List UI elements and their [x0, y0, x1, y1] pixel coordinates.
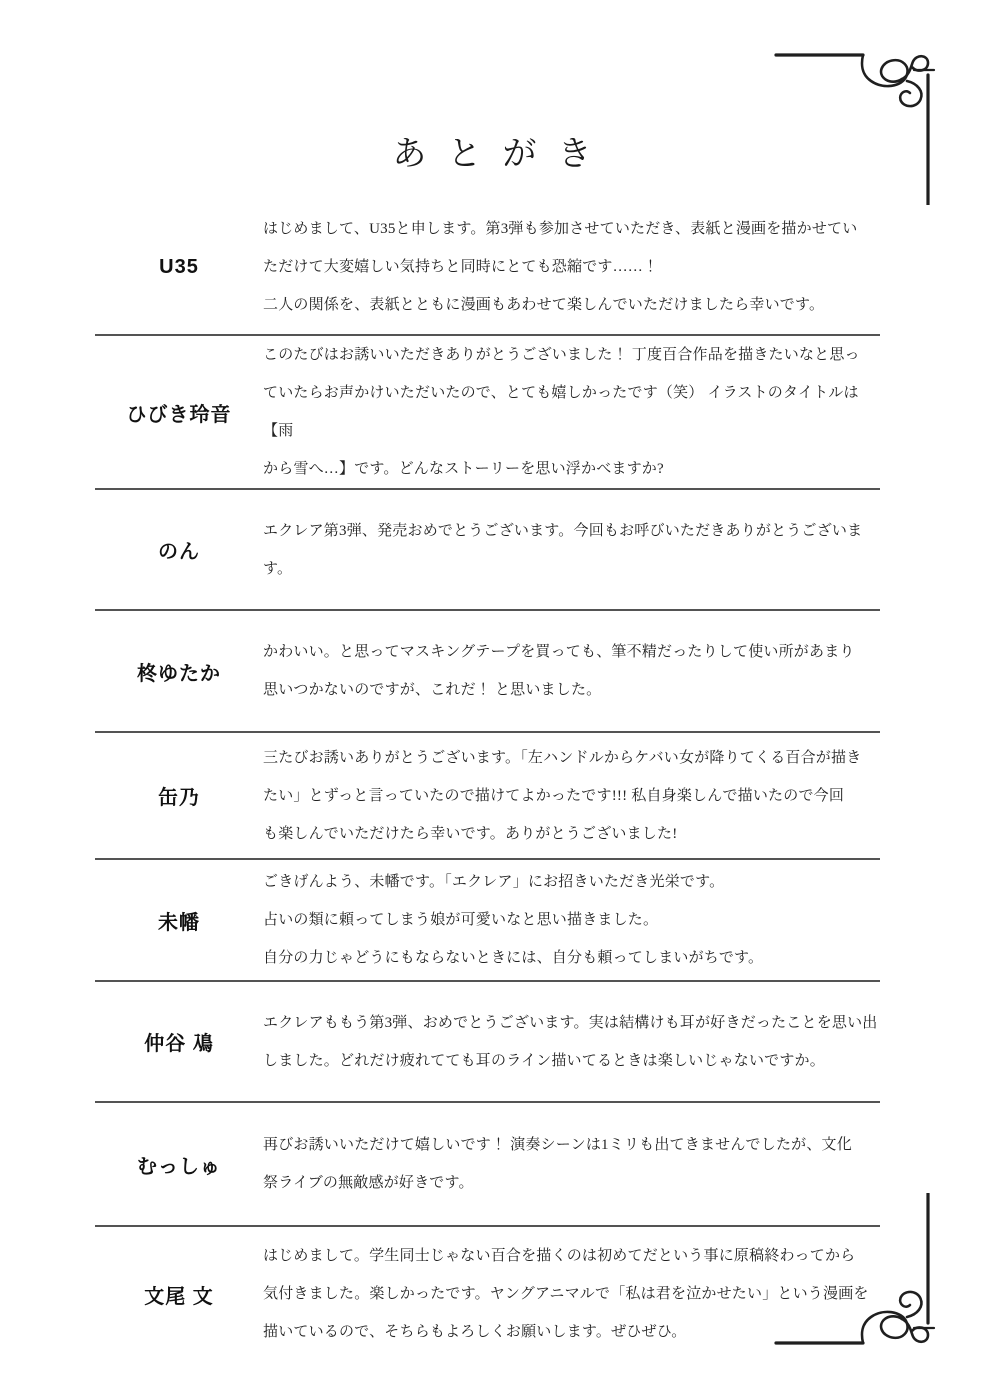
- author-name: 柊ゆたか: [95, 657, 263, 686]
- page-title: あとがき: [0, 126, 984, 175]
- afterword-list: U35 はじめまして、U35と申します。第3弾も参加させていただき、表紙と漫画を…: [95, 200, 880, 1361]
- afterword-entry-nakatani-nio: 仲谷 鳰 エクレアももう第3弾、おめでとうございます。実は結構けも耳が好きだった…: [95, 982, 880, 1103]
- afterword-entry-canno: 缶乃 三たびお誘いありがとうございます。「左ハンドルからケバい女が降りてくる百合…: [95, 733, 880, 860]
- corner-flourish-top-right: [764, 35, 984, 205]
- author-name: むっしゅ: [95, 1150, 263, 1179]
- afterword-entry-non: のん エクレア第3弾、発売おめでとうございます。今回もお呼びいただきありがとうご…: [95, 490, 880, 611]
- author-comment: エクレアももう第3弾、おめでとうございます。実は結構けも耳が好きだったことを思い…: [263, 1004, 880, 1080]
- afterword-entry-hibiki-reine: ひびき玲音 このたびはお誘いいただきありがとうございました！ 丁度百合作品を描き…: [95, 336, 880, 490]
- author-comment: はじめまして。学生同士じゃない百合を描くのは初めてだという事に原稿終わってから …: [263, 1237, 880, 1351]
- author-comment: ごきげんよう、未幡です。「エクレア」にお招きいただき光栄です。 占いの類に頼って…: [263, 863, 880, 977]
- author-comment: エクレア第3弾、発売おめでとうございます。今回もお呼びいただきありがとうございま…: [263, 512, 880, 588]
- afterword-entry-u35: U35 はじめまして、U35と申します。第3弾も参加させていただき、表紙と漫画を…: [95, 200, 880, 336]
- author-comment: 再びお誘いいただけて嬉しいです！ 演奏シーンは1ミリも出てきませんでしたが、文化…: [263, 1126, 880, 1202]
- afterword-entry-mihata: 未幡 ごきげんよう、未幡です。「エクレア」にお招きいただき光栄です。 占いの類に…: [95, 860, 880, 982]
- author-name: 未幡: [95, 906, 263, 935]
- author-comment: かわいい。と思ってマスキングテープを買っても、筆不精だったりして使い所があまり …: [263, 633, 880, 709]
- author-name: U35: [95, 256, 263, 279]
- afterword-entry-mussyu: むっしゅ 再びお誘いいただけて嬉しいです！ 演奏シーンは1ミリも出てきませんでし…: [95, 1103, 880, 1227]
- author-name: 文尾 文: [95, 1280, 263, 1309]
- author-comment: はじめまして、U35と申します。第3弾も参加させていただき、表紙と漫画を描かせて…: [263, 210, 880, 324]
- afterword-entry-hiiragi-yutaka: 柊ゆたか かわいい。と思ってマスキングテープを買っても、筆不精だったりして使い所…: [95, 611, 880, 733]
- author-name: のん: [95, 535, 263, 564]
- author-comment: このたびはお誘いいただきありがとうございました！ 丁度百合作品を描きたいなと思っ…: [263, 336, 880, 488]
- author-name: 仲谷 鳰: [95, 1027, 263, 1056]
- author-comment: 三たびお誘いありがとうございます。「左ハンドルからケバい女が降りてくる百合が描き…: [263, 739, 880, 853]
- afterword-entry-fumio-fumi: 文尾 文 はじめまして。学生同士じゃない百合を描くのは初めてだという事に原稿終わ…: [95, 1227, 880, 1361]
- author-name: 缶乃: [95, 781, 263, 810]
- author-name: ひびき玲音: [95, 398, 263, 427]
